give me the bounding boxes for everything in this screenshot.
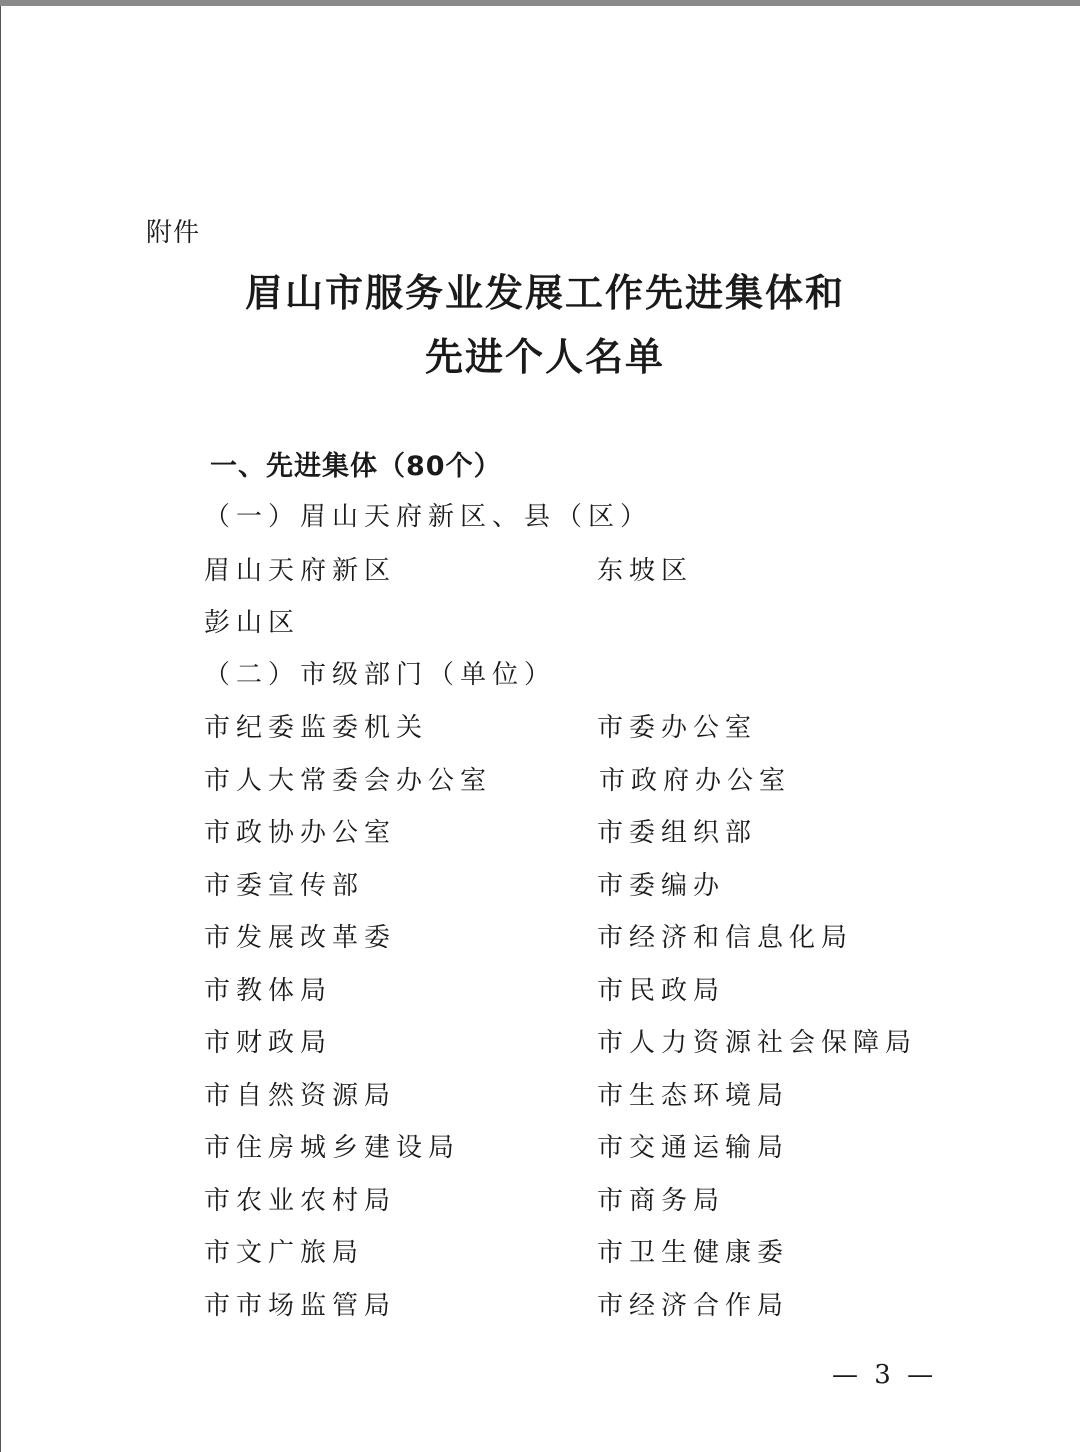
list-item: 市住房城乡建设局 [204, 1127, 460, 1164]
list-item: 彭山区 [204, 602, 300, 639]
attachment-label: 附件 [146, 212, 200, 249]
list-item: 市人大常委会办公室 [204, 760, 492, 797]
list-item: 市商务局 [597, 1180, 725, 1217]
list-item: 市政府办公室 [599, 760, 791, 797]
list-item: 市交通运输局 [597, 1127, 789, 1164]
list-item: 市民政局 [597, 970, 725, 1007]
list-item: 市财政局 [204, 1022, 332, 1059]
list-item: 市发展改革委 [204, 917, 396, 954]
list-item: 市委编办 [597, 865, 725, 902]
left-border [0, 6, 1, 1452]
page-number: — 3 — [832, 1360, 937, 1390]
list-item: 市卫生健康委 [597, 1232, 789, 1269]
list-item: 市委办公室 [597, 707, 757, 744]
list-item: 东坡区 [597, 550, 693, 587]
list-item: 市人力资源社会保障局 [597, 1022, 917, 1059]
list-item: 眉山天府新区 [204, 550, 396, 587]
top-border [0, 0, 1080, 6]
subsection-heading-departments: （二）市级部门（单位） [204, 654, 556, 691]
list-item: 市教体局 [204, 970, 332, 1007]
list-item: 市经济和信息化局 [597, 917, 853, 954]
document-title-line1: 眉山市服务业发展工作先进集体和 [0, 262, 1080, 317]
document-title-line2: 先进个人名单 [0, 326, 1080, 381]
list-item: 市农业农村局 [204, 1180, 396, 1217]
list-item: 市委宣传部 [204, 865, 364, 902]
list-item: 市政协办公室 [204, 812, 396, 849]
list-item: 市委组织部 [597, 812, 757, 849]
list-item: 市纪委监委机关 [204, 707, 428, 744]
list-item: 市文广旅局 [204, 1232, 364, 1269]
list-item: 市市场监管局 [204, 1285, 396, 1322]
list-item: 市自然资源局 [204, 1075, 396, 1112]
subsection-heading-districts: （一）眉山天府新区、县（区） [204, 496, 652, 533]
section-heading-collectives: 一、先进集体（80个） [210, 444, 502, 483]
list-item: 市生态环境局 [597, 1075, 789, 1112]
list-item: 市经济合作局 [597, 1285, 789, 1322]
